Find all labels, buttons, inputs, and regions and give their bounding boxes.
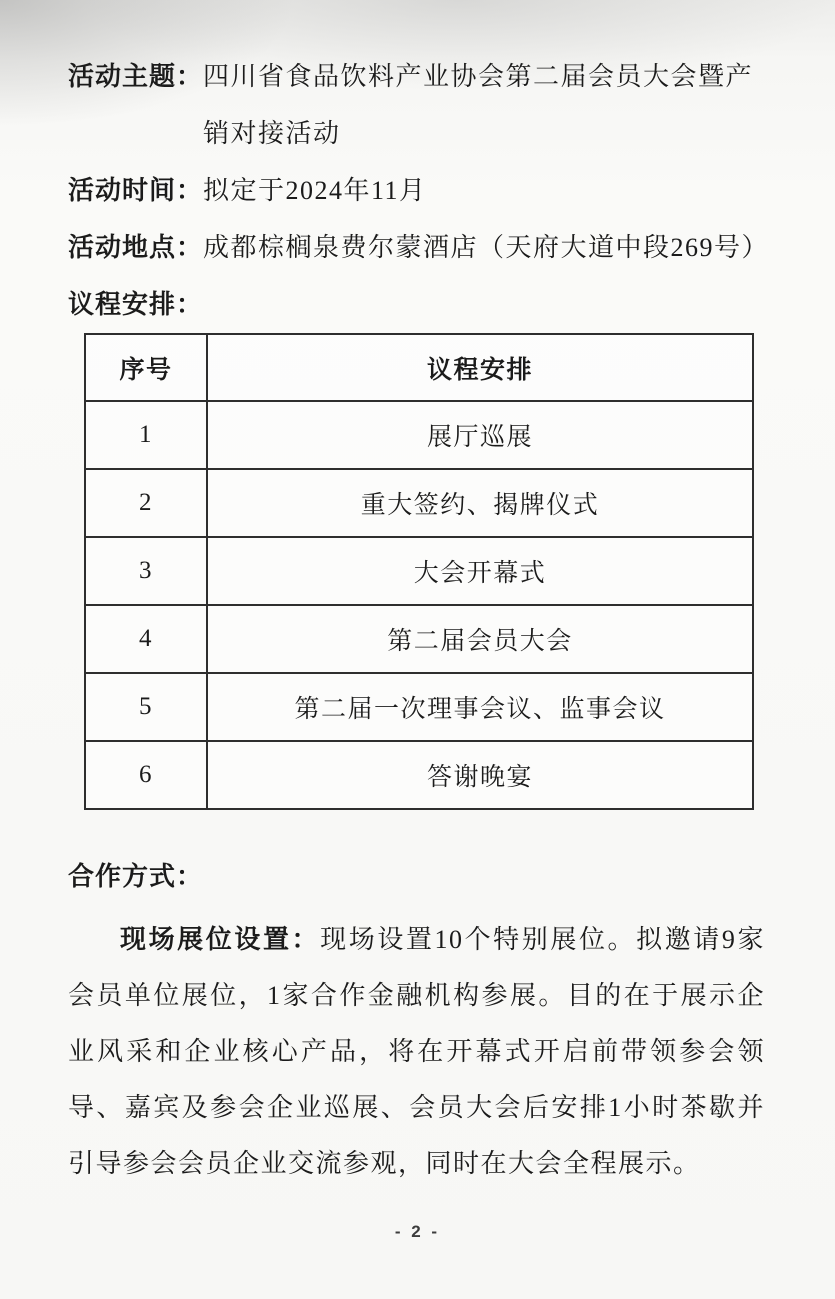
row-item: 重大签约、揭牌仪式	[207, 469, 753, 537]
row-item: 第二届一次理事会议、监事会议	[207, 673, 753, 741]
row-number: 2	[85, 469, 207, 537]
table-row: 5 第二届一次理事会议、监事会议	[85, 673, 753, 741]
table-row: 1 展厅巡展	[85, 401, 753, 469]
field-label-theme: 活动主题：	[68, 48, 203, 162]
page-number: - 2 -	[0, 1222, 835, 1242]
field-value-theme: 四川省食品饮料产业协会第二届会员大会暨产销对接活动	[203, 48, 765, 162]
table-row: 3 大会开幕式	[85, 537, 753, 605]
row-item: 展厅巡展	[207, 401, 753, 469]
row-number: 6	[85, 741, 207, 809]
row-number: 5	[85, 673, 207, 741]
agenda-header-row: 序号 议程安排	[85, 334, 753, 401]
field-label-location: 活动地点：	[68, 219, 203, 276]
table-row: 6 答谢晚宴	[85, 741, 753, 809]
field-label-time: 活动时间：	[68, 162, 203, 219]
field-value-time: 拟定于2024年11月	[203, 162, 765, 219]
cooperation-paragraph: 现场展位设置：现场设置10个特别展位。拟邀请9家会员单位展位，1家合作金融机构参…	[68, 911, 765, 1192]
cooperation-heading: 合作方式：	[68, 848, 765, 905]
agenda-heading: 议程安排：	[68, 276, 765, 333]
field-value-location: 成都棕榈泉费尔蒙酒店（天府大道中段269号）	[203, 219, 765, 276]
agenda-header-item: 议程安排	[207, 334, 753, 401]
field-event-location: 活动地点： 成都棕榈泉费尔蒙酒店（天府大道中段269号）	[68, 219, 765, 276]
table-row: 4 第二届会员大会	[85, 605, 753, 673]
row-number: 3	[85, 537, 207, 605]
table-row: 2 重大签约、揭牌仪式	[85, 469, 753, 537]
row-item: 大会开幕式	[207, 537, 753, 605]
field-event-theme: 活动主题： 四川省食品饮料产业协会第二届会员大会暨产销对接活动	[68, 48, 765, 162]
row-number: 1	[85, 401, 207, 469]
row-item: 第二届会员大会	[207, 605, 753, 673]
row-number: 4	[85, 605, 207, 673]
booth-setup-text: 现场设置10个特别展位。拟邀请9家会员单位展位，1家合作金融机构参展。目的在于展…	[68, 925, 765, 1178]
document-page: 活动主题： 四川省食品饮料产业协会第二届会员大会暨产销对接活动 活动时间： 拟定…	[0, 0, 835, 1299]
booth-setup-label: 现场展位设置：	[120, 924, 320, 954]
field-event-time: 活动时间： 拟定于2024年11月	[68, 162, 765, 219]
agenda-table: 序号 议程安排 1 展厅巡展 2 重大签约、揭牌仪式 3 大会开幕式 4 第二届…	[84, 333, 754, 810]
row-item: 答谢晚宴	[207, 741, 753, 809]
agenda-header-number: 序号	[85, 334, 207, 401]
